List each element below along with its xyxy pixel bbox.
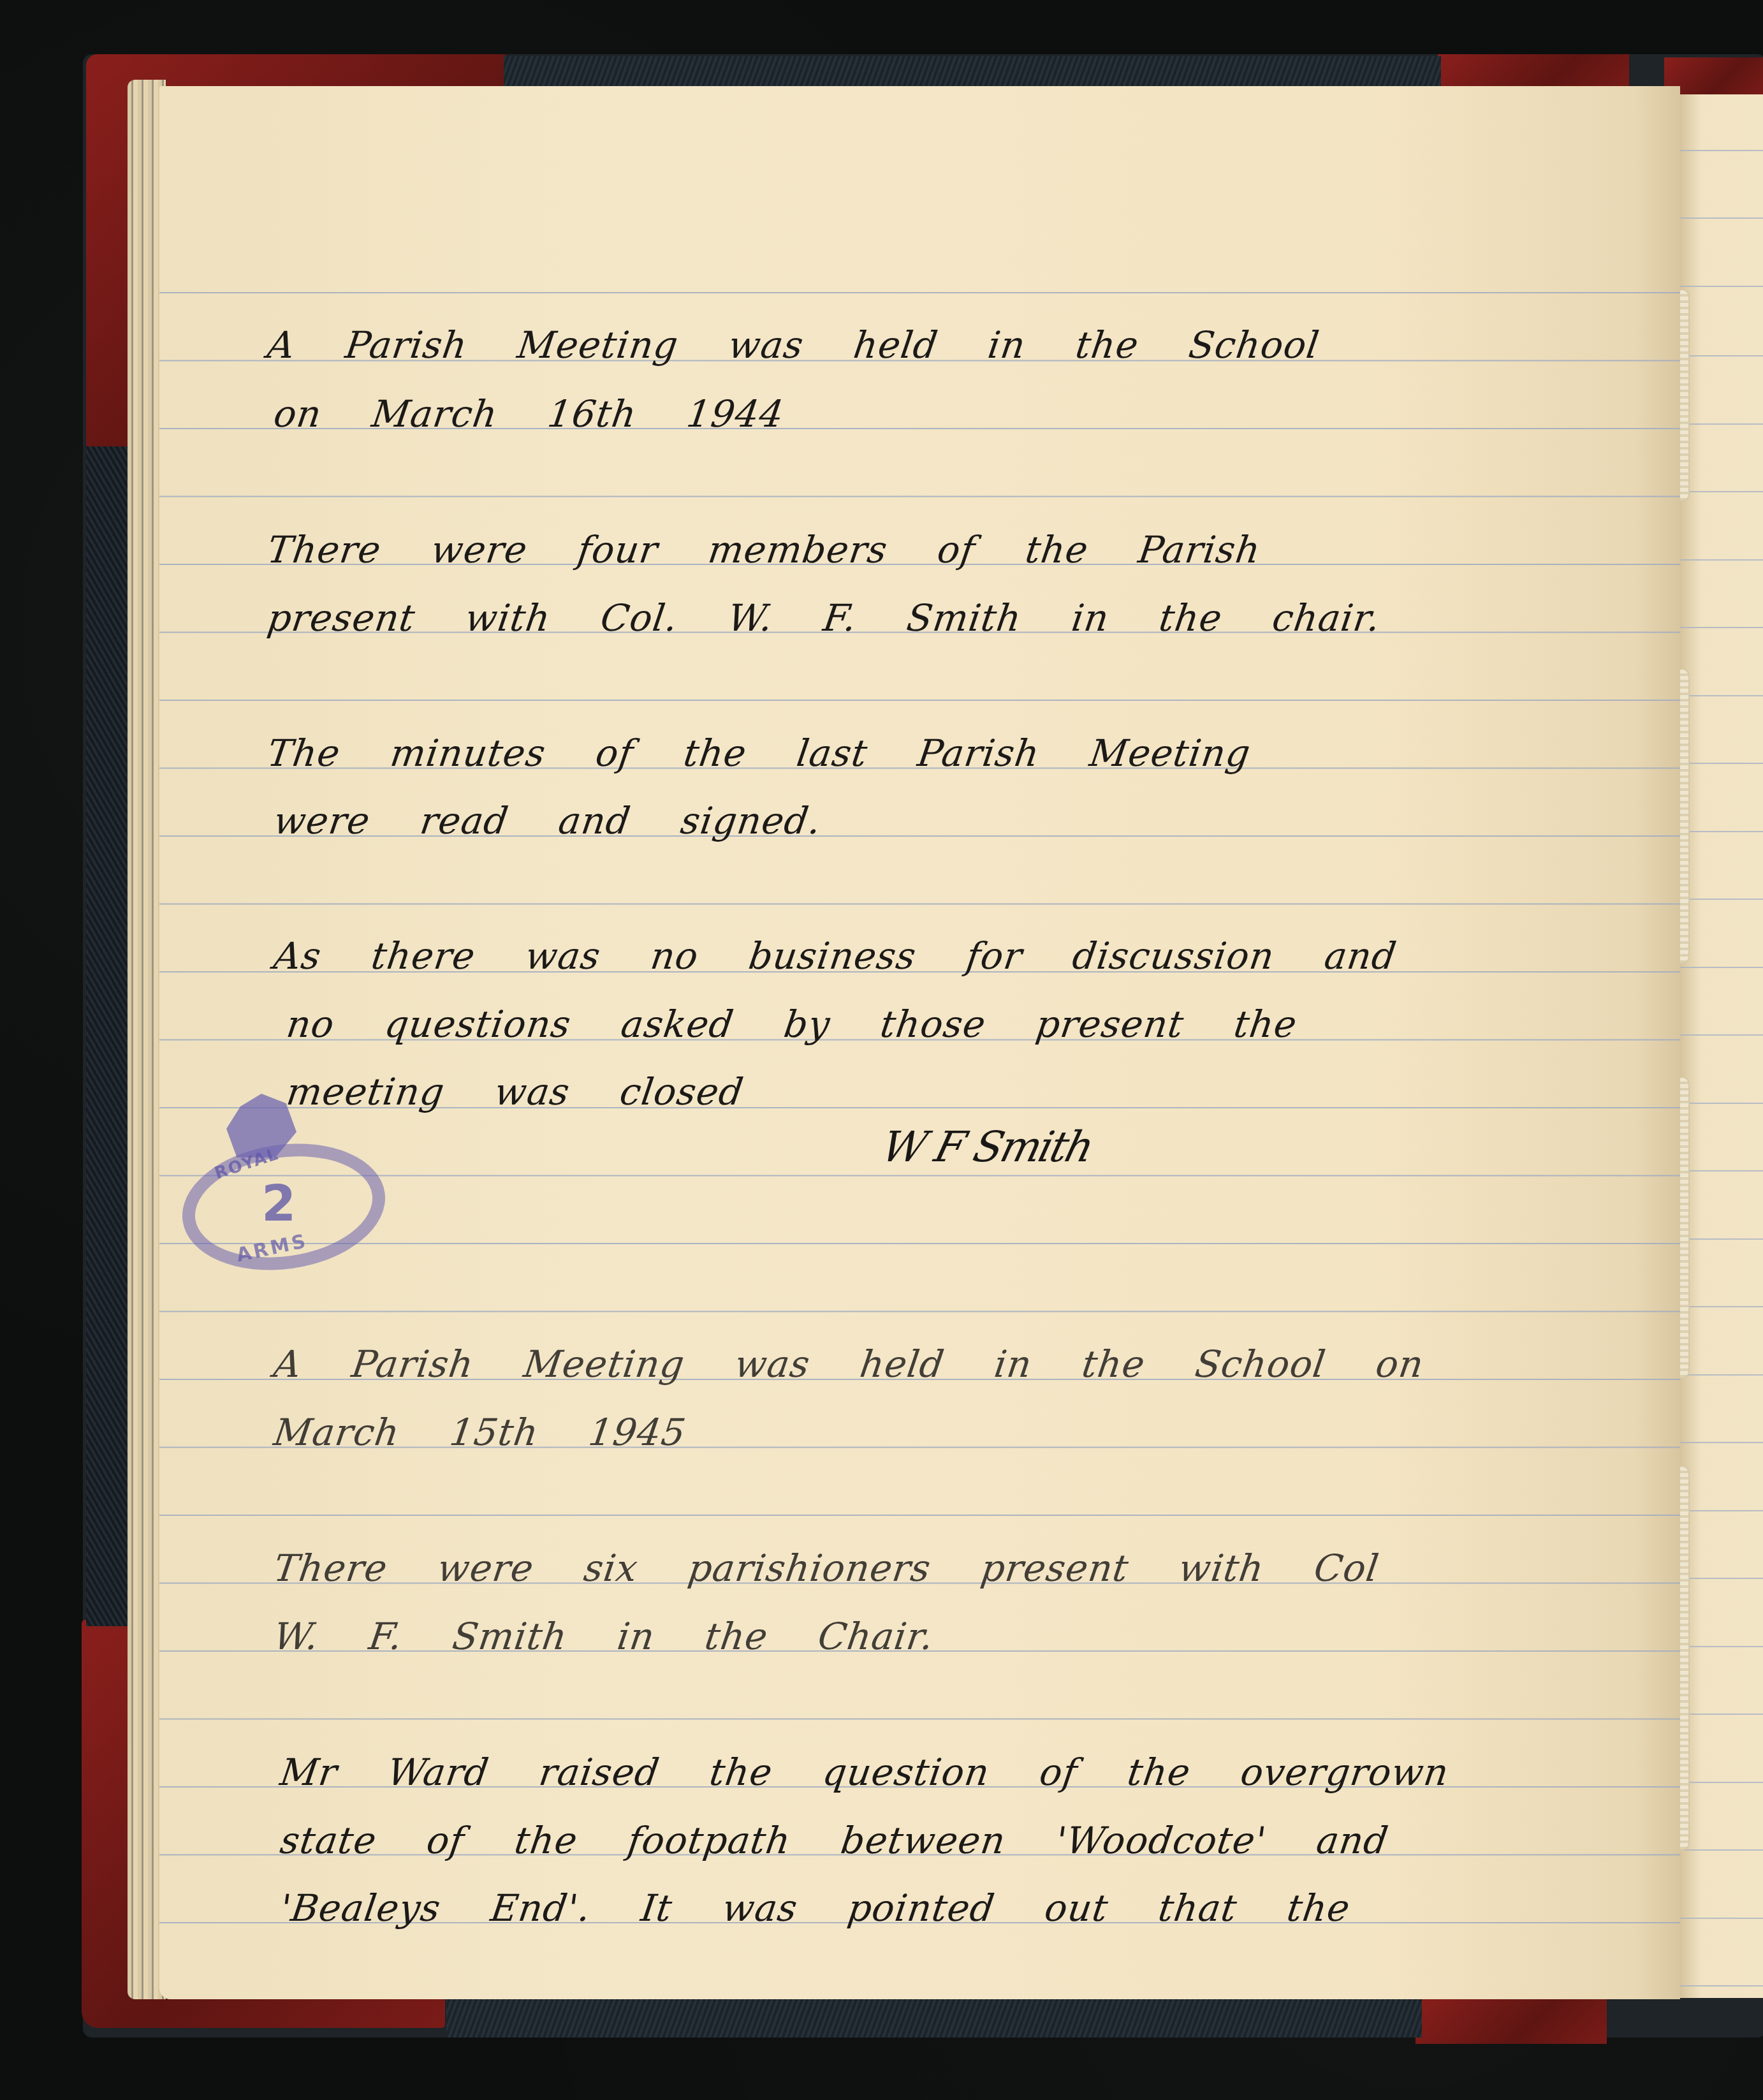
entry-1-line-10: As there was no business for discussion …: [271, 934, 1399, 978]
entry-1-line-4: There were four members of the Parish: [265, 528, 1263, 571]
entry-2-line-4: There were six parishioners present with…: [271, 1546, 1382, 1590]
official-stamp: ROYAL 2 ARMS: [175, 1094, 392, 1279]
entry-1-line-8: were read and signed.: [271, 799, 824, 842]
entry-2-line-5: W. F. Smith in the Chair.: [271, 1615, 937, 1658]
entry-1-line-1: A Parish Meeting was held in the School: [265, 323, 1322, 367]
entry-2-line-7: Mr Ward raised the question of the overg…: [277, 1751, 1451, 1794]
signature: W F Smith: [877, 1122, 1097, 1171]
stamp-number: 2: [261, 1175, 296, 1233]
entry-2-line-9: 'Bealeys End'. It was pointed out that t…: [277, 1886, 1353, 1930]
leather-corner-bottom-right: [1416, 1996, 1607, 2044]
entry-1-line-11: no questions asked by those present the: [284, 1002, 1299, 1046]
spine-cloth-bottom: [446, 1996, 1422, 2038]
page-bottom-margin: [159, 1942, 1680, 1999]
minute-page: A Parish Meeting was held in the School …: [159, 86, 1680, 1999]
entry-2-line-8: state of the footpath between 'Woodcote'…: [277, 1819, 1391, 1862]
entry-1-line-2: on March 16th 1944: [271, 392, 787, 436]
facing-page: [1680, 94, 1763, 1998]
page-top-margin: [159, 86, 1680, 290]
entry-2-line-1: A Parish Meeting was held in the School …: [271, 1342, 1426, 1386]
entry-1-line-5: present with Col. W. F. Smith in the cha…: [265, 596, 1383, 640]
entry-2-line-2: March 15th 1945: [271, 1411, 689, 1454]
facing-page-rules: [1680, 94, 1763, 1998]
entry-1-line-7: The minutes of the last Parish Meeting: [265, 731, 1254, 775]
